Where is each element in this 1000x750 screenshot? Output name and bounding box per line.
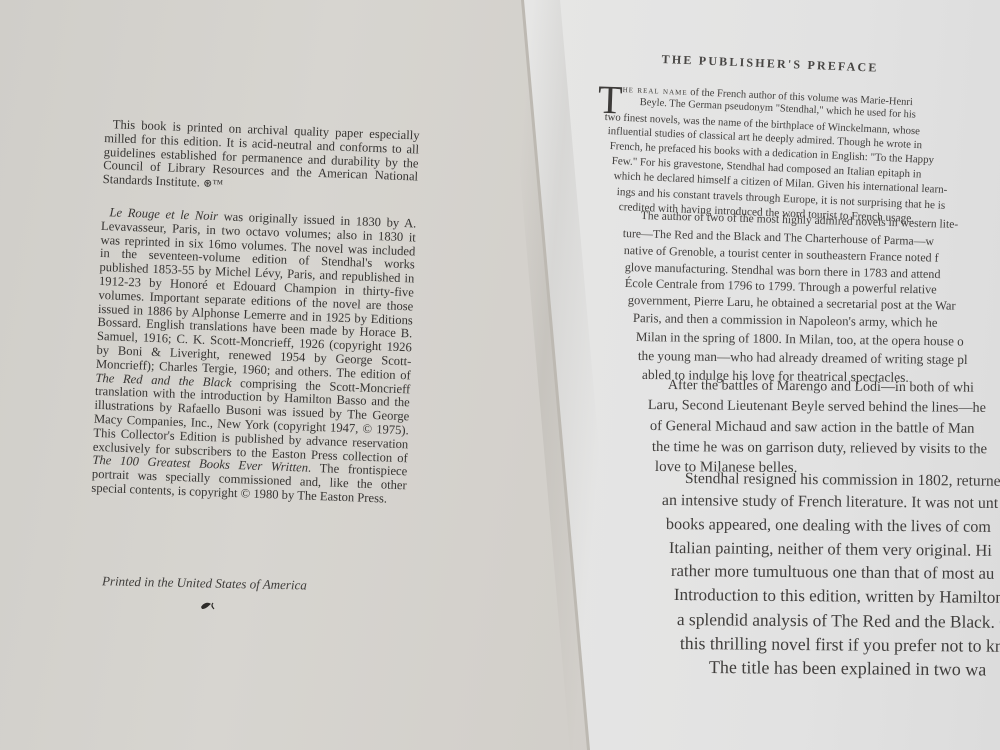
- preface-line: Italian painting, neither of them very o…: [669, 538, 992, 561]
- preface-line: Stendhal resigned his commission in 1802…: [685, 470, 1000, 491]
- preface-line-text: the young man—who had already dreamed of…: [638, 348, 968, 367]
- preface-line-text: Introduction to this edition, written by…: [674, 585, 1000, 607]
- preface-line: a splendid analysis of The Red and the B…: [677, 609, 1000, 633]
- preface-line: this thrilling novel first if you prefer…: [680, 633, 1000, 657]
- preface-line: rather more tumultuous one than that of …: [671, 561, 995, 584]
- preface-line-text: this thrilling novel first if you prefer…: [680, 633, 1000, 656]
- preface-line-text: rather more tumultuous one than that of …: [671, 561, 995, 583]
- preface-line: The title has been explained in two wa: [709, 657, 987, 680]
- preface-line-text: Stendhal resigned his commission in 1802…: [685, 470, 1000, 490]
- preface-line: an intensive study of French literature.…: [662, 492, 998, 513]
- preface-line-text: books appeared, one dealing with the liv…: [666, 515, 991, 536]
- preface-line: the time he was on garrison duty, reliev…: [652, 439, 987, 458]
- preface-line: the young man—who had already dreamed of…: [638, 348, 968, 368]
- preface-line-text: an intensive study of French literature.…: [662, 492, 998, 512]
- preface-line-text: a splendid analysis of The Red and the B…: [677, 609, 1000, 632]
- preface-line-text: After the battles of Marengo and Lodi—in…: [668, 378, 974, 396]
- preface-line: books appeared, one dealing with the liv…: [666, 515, 991, 537]
- preface-line-text: Laru, Second Lieutenant Beyle served beh…: [648, 397, 986, 416]
- preface-line-text: of General Michaud and saw action in the…: [650, 418, 975, 437]
- opening-smallcaps: he real name: [623, 85, 688, 98]
- preface-line-text: Italian painting, neither of them very o…: [669, 538, 992, 560]
- preface-line: Laru, Second Lieutenant Beyle served beh…: [648, 397, 986, 417]
- preface-line-text: Milan in the spring of 1800. In Milan, t…: [636, 329, 964, 349]
- preface-line-text: the time he was on garrison duty, reliev…: [652, 439, 987, 457]
- preface-body: he real name of the French author of thi…: [0, 0, 1000, 750]
- preface-line: Introduction to this edition, written by…: [674, 585, 1000, 608]
- preface-line: Paris, and then a commission in Napoleon…: [633, 311, 938, 331]
- preface-line: Milan in the spring of 1800. In Milan, t…: [636, 329, 964, 350]
- preface-line: of General Michaud and saw action in the…: [650, 418, 975, 438]
- preface-line-text: The title has been explained in two wa: [709, 657, 987, 679]
- preface-line-text: Paris, and then a commission in Napoleon…: [633, 311, 938, 330]
- preface-line: After the battles of Marengo and Lodi—in…: [668, 378, 974, 397]
